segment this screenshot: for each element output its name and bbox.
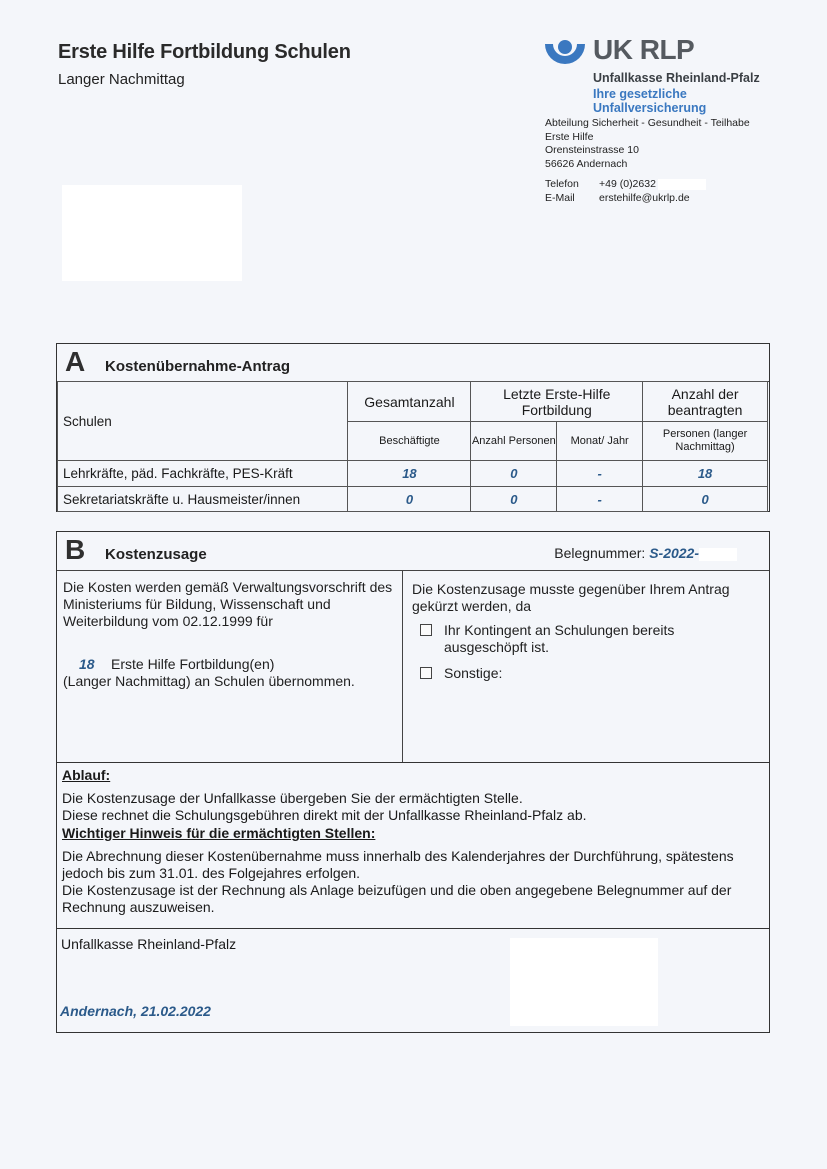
address-line: 56626 Andernach bbox=[545, 158, 750, 172]
redacted-phone bbox=[658, 179, 706, 190]
table-row: Sekretariatskräfte u. Hausmeister/innen … bbox=[58, 487, 768, 512]
cell-letzte-anzahl: 0 bbox=[471, 487, 557, 512]
section-a-title: Kostenübernahme-Antrag bbox=[105, 358, 290, 375]
col-header-letzte: Letzte Erste-Hilfe Fortbildung bbox=[471, 382, 643, 422]
reduction-text: Die Kostenzusage musste gegenüber Ihrem … bbox=[412, 581, 762, 615]
redacted-signature bbox=[510, 938, 658, 1026]
checkbox-label: Sonstige: bbox=[444, 665, 744, 682]
section-a-header: A Kostenübernahme-Antrag bbox=[57, 344, 769, 382]
approval-count-text: 18Erste Hilfe Fortbildung(en) (Langer Na… bbox=[63, 656, 398, 690]
ukrlp-logo: UK RLP Unfallkasse Rheinland-Pfalz Ihre … bbox=[543, 40, 783, 102]
col-subheader-monat-jahr: Monat/ Jahr bbox=[557, 422, 643, 461]
notice-heading: Wichtiger Hinweis für die ermächtigten S… bbox=[62, 825, 375, 841]
reference-number: Belegnummer: S-2022- bbox=[554, 545, 737, 561]
phone-value: +49 (0)2632 bbox=[599, 178, 656, 190]
redacted-recipient-address bbox=[62, 185, 242, 281]
procedure-heading: Ablauf: bbox=[62, 767, 110, 783]
checkbox[interactable] bbox=[420, 667, 432, 679]
cell-beantragt: 0 bbox=[643, 487, 768, 512]
approved-count: 18 bbox=[79, 656, 97, 673]
section-a-cost-application: A Kostenübernahme-Antrag Schulen Gesamta… bbox=[56, 343, 770, 512]
signature-org: Unfallkasse Rheinland-Pfalz bbox=[61, 936, 236, 952]
document-title: Erste Hilfe Fortbildung Schulen bbox=[58, 41, 351, 64]
col-subheader-anzahl-personen: Anzahl Personen bbox=[471, 422, 557, 461]
logo-wordmark: UK RLP bbox=[593, 34, 694, 66]
contact-info: Telefon+49 (0)2632 E-Mailerstehilfe@ukrl… bbox=[545, 178, 706, 205]
checkbox[interactable] bbox=[420, 624, 432, 636]
cell-beantragt: 18 bbox=[643, 461, 768, 487]
cell-monat-jahr: - bbox=[557, 487, 643, 512]
sender-address: Abteilung Sicherheit - Gesundheit - Teil… bbox=[545, 117, 750, 171]
col-subheader-personen: Personen (langer Nachmittag) bbox=[643, 422, 768, 461]
signature-date: Andernach, 21.02.2022 bbox=[60, 1003, 211, 1019]
cell-monat-jahr: - bbox=[557, 461, 643, 487]
procedure-section: Ablauf: Die Kostenzusage der Unfallkasse… bbox=[57, 762, 769, 929]
application-table: Schulen Gesamtanzahl Letzte Erste-Hilfe … bbox=[57, 381, 768, 512]
approved-count-label-2: (Langer Nachmittag) an Schulen übernomme… bbox=[63, 673, 355, 689]
approval-statement: Die Kosten werden gemäß Verwaltungsvorsc… bbox=[57, 570, 403, 762]
cell-letzte-anzahl: 0 bbox=[471, 461, 557, 487]
col-subheader-beschaeftigte: Beschäftigte bbox=[348, 422, 471, 461]
redacted-reference bbox=[699, 548, 737, 561]
cell-gesamt: 18 bbox=[348, 461, 471, 487]
row-label: Sekretariatskräfte u. Hausmeister/innen bbox=[58, 487, 348, 512]
reduction-reasons: Die Kostenzusage musste gegenüber Ihrem … bbox=[402, 570, 768, 762]
signature-block: Unfallkasse Rheinland-Pfalz Andernach, 2… bbox=[57, 927, 769, 1032]
table-row: Lehrkräfte, päd. Fachkräfte, PES-Kräft 1… bbox=[58, 461, 768, 487]
email-label: E-Mail bbox=[545, 192, 599, 206]
reference-value: S-2022- bbox=[649, 545, 699, 561]
col-header-gesamt: Gesamtanzahl bbox=[348, 382, 471, 422]
section-b-header: B Kostenzusage Belegnummer: S-2022- bbox=[57, 532, 769, 571]
procedure-text-2: Diese rechnet die Schulungsgebühren dire… bbox=[62, 807, 762, 824]
approval-text: Die Kosten werden gemäß Verwaltungsvorsc… bbox=[63, 579, 398, 630]
notice-text-2: Die Kostenzusage ist der Rechnung als An… bbox=[62, 882, 762, 916]
checkbox-label: Ihr Kontingent an Schulungen bereits aus… bbox=[444, 622, 744, 656]
logo-org-name: Unfallkasse Rheinland-Pfalz bbox=[593, 71, 760, 85]
reference-label: Belegnummer: bbox=[554, 545, 645, 561]
address-line: Erste Hilfe bbox=[545, 131, 750, 145]
address-line: Orensteinstrasse 10 bbox=[545, 144, 750, 158]
email-value: erstehilfe@ukrlp.de bbox=[599, 192, 690, 204]
col-header-schulen: Schulen bbox=[58, 382, 348, 461]
document-subtitle: Langer Nachmittag bbox=[58, 71, 185, 88]
section-b-cost-approval: B Kostenzusage Belegnummer: S-2022- Die … bbox=[56, 531, 770, 1033]
notice-text: Die Abrechnung dieser Kostenübernahme mu… bbox=[62, 848, 762, 882]
address-line: Abteilung Sicherheit - Gesundheit - Teil… bbox=[545, 117, 750, 131]
section-b-letter: B bbox=[65, 534, 85, 566]
approved-count-label: Erste Hilfe Fortbildung(en) bbox=[111, 656, 274, 672]
section-a-letter: A bbox=[65, 346, 85, 378]
phone-label: Telefon bbox=[545, 178, 599, 192]
section-b-title: Kostenzusage bbox=[105, 546, 207, 563]
col-header-beantragt: Anzahl der beantragten bbox=[643, 382, 768, 422]
row-label: Lehrkräfte, päd. Fachkräfte, PES-Kräft bbox=[58, 461, 348, 487]
cell-gesamt: 0 bbox=[348, 487, 471, 512]
ukrlp-logo-icon bbox=[543, 40, 587, 68]
logo-tagline: Ihre gesetzliche Unfallversicherung bbox=[593, 87, 783, 115]
procedure-text: Die Kostenzusage der Unfallkasse übergeb… bbox=[62, 790, 762, 807]
